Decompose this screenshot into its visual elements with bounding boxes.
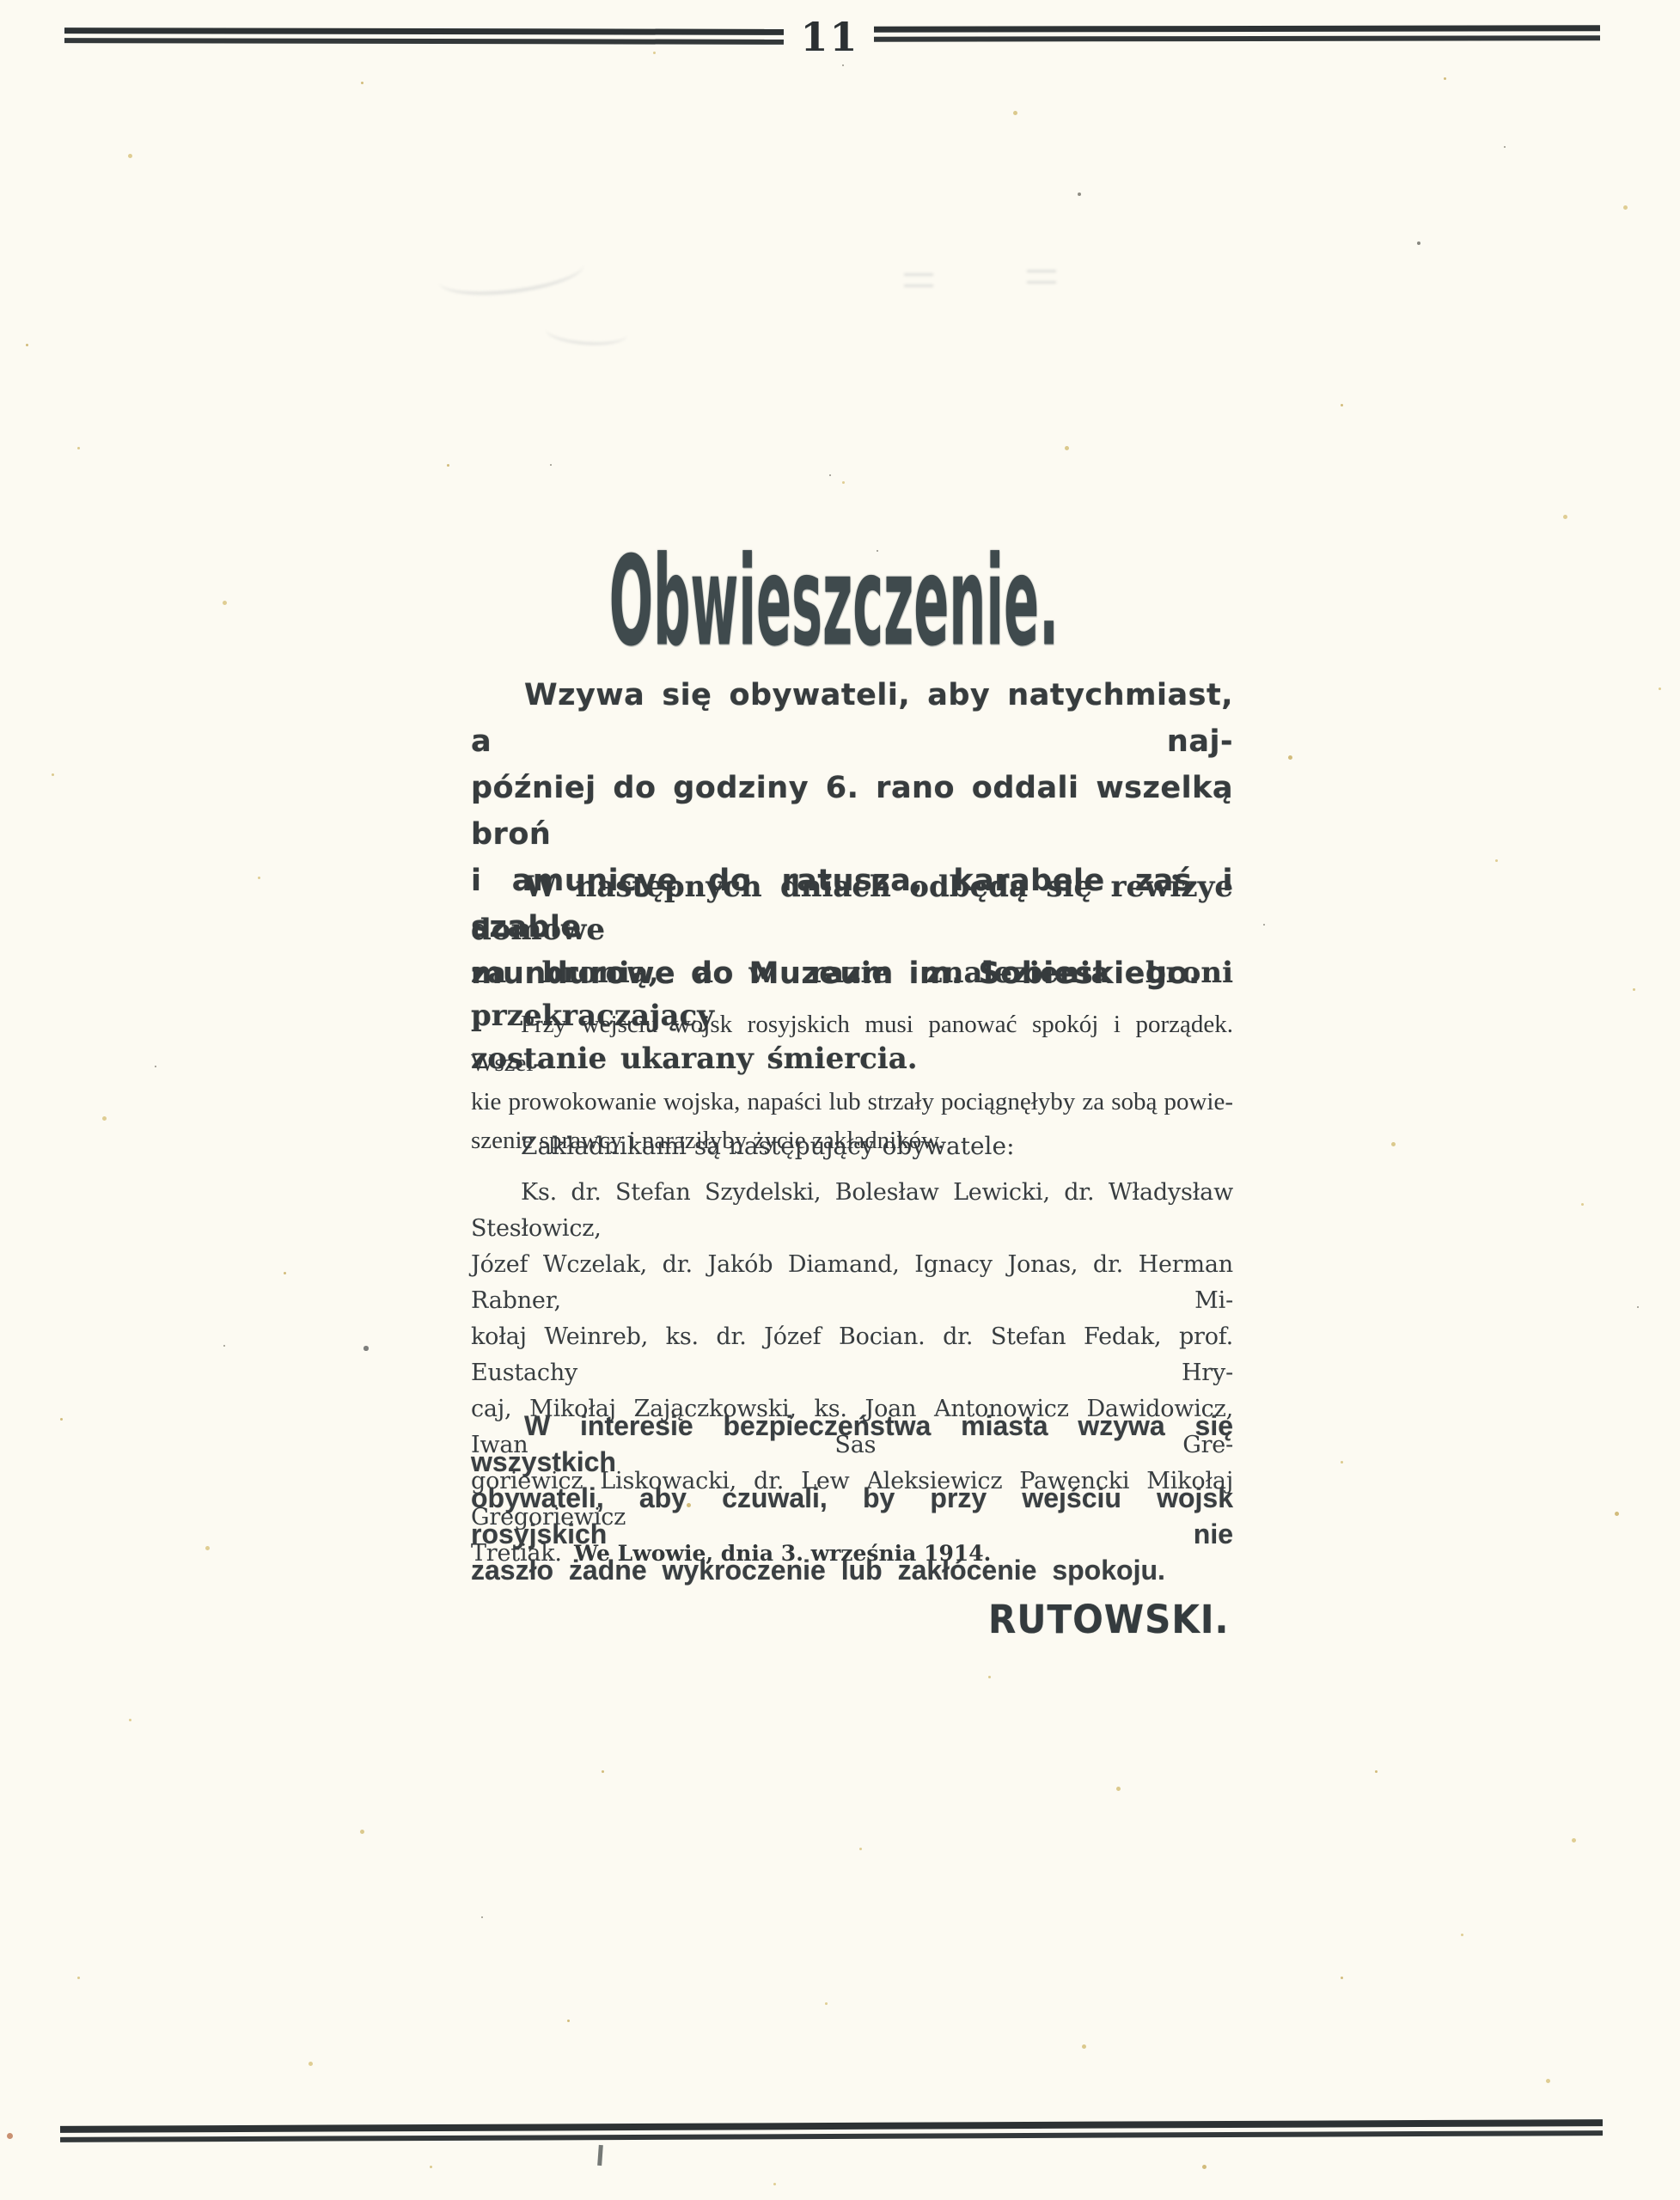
red-speck <box>7 2133 13 2139</box>
text-line: kołaj Weinreb, ks. dr. Józef Bocian. dr.… <box>471 1319 1233 1391</box>
notice-title: Obwieszczenie. <box>447 540 1220 660</box>
signature: RUTOWSKI. <box>988 1598 1230 1641</box>
text-line: później do godziny 6. rano oddali wszelk… <box>471 765 1233 858</box>
scanned-page: 11 Obwieszczenie. Wzywa się obywateli, a… <box>0 0 1680 2200</box>
pencil-smudge <box>545 317 628 348</box>
ink-tick-mark <box>597 2145 603 2166</box>
footer-rule <box>60 2119 1603 2142</box>
notice-title-text: Obwieszczenie. <box>608 540 1058 663</box>
paragraph-hostages-intro: Zakładnikami są następujący obywatele: <box>471 1127 1233 1164</box>
header-rule-right <box>874 25 1600 41</box>
text-line: W interesie bezpieczeństwa miasta wzywa … <box>471 1408 1233 1480</box>
paper-specks-dark <box>0 0 2 2</box>
text-line: Wzywa się obywateli, aby natychmiast, a … <box>471 672 1233 765</box>
pencil-smudge <box>437 245 586 302</box>
text-line: Ks. dr. Stefan Szydelski, Bolesław Lewic… <box>471 1175 1233 1247</box>
dateline: We Lwowie, dnia 3. września 1914. <box>574 1541 991 1567</box>
text-line: W następnych dniach odbędą się rewizye d… <box>471 865 1233 951</box>
pencil-smudge <box>904 273 933 287</box>
text-line: kie prowokowanie wojska, napaści lub str… <box>471 1083 1233 1121</box>
text-line: Józef Wczelak, dr. Jakób Diamand, Ignacy… <box>471 1247 1233 1319</box>
page-number: 11 <box>797 15 862 59</box>
text-line: Zakładnikami są następujący obywatele: <box>471 1127 1233 1164</box>
header-rule-left <box>64 27 784 45</box>
pencil-smudge <box>1027 270 1056 284</box>
text-line: Przy wejściu wojsk rosyjskich musi panow… <box>471 1005 1233 1083</box>
